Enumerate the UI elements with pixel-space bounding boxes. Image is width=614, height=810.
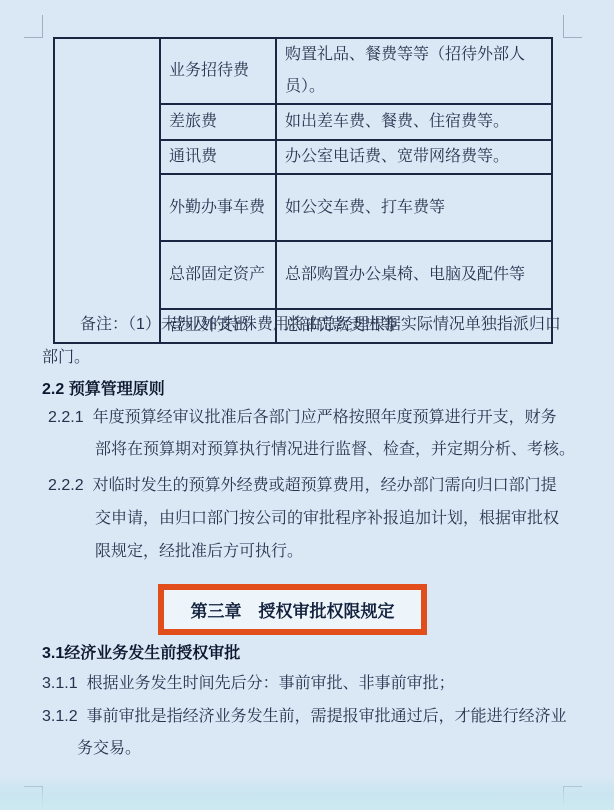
crop-mark-top-right-icon — [563, 15, 582, 38]
clause-text: 对临时发生的预算外经费或超预算费用，经办部门需向归口部门提 — [93, 476, 557, 496]
expense-category-cell: 通讯费 — [160, 140, 276, 174]
expense-category-cell: 差旅费 — [160, 104, 276, 140]
crop-mark-top-left-icon — [24, 15, 43, 38]
document-page: 业务招待费 购置礼品、餐费等等（招待外部人员）。 差旅费 如出差车费、餐费、住宿… — [0, 0, 614, 810]
expense-desc-cell: 如公交车费、打车费等 — [276, 174, 552, 241]
clause-number: 3.1.2 — [42, 707, 78, 727]
clause-3-1-1-line-1: 3.1.1 根据业务发生时间先后分：事前审批、非事前审批； — [42, 674, 455, 694]
clause-2-2-1-line-2: 部将在预算期对预算执行情况进行监督、检查，并定期分析、考核。 — [95, 440, 575, 460]
section-3-1-heading: 3.1经济业务发生前授权审批 — [42, 644, 240, 664]
crop-mark-bottom-right-icon — [563, 786, 582, 809]
chapter-heading-highlight-box: 第三章 授权审批权限规定 — [158, 584, 427, 635]
expense-desc-cell: 总部购置办公桌椅、电脑及配件等 — [276, 241, 552, 309]
clause-number: 3.1.1 — [42, 674, 78, 694]
page-bottom-edge — [0, 776, 614, 810]
expense-desc-cell: 办公室电话费、宽带网络费等。 — [276, 140, 552, 174]
expense-table: 业务招待费 购置礼品、餐费等等（招待外部人员）。 差旅费 如出差车费、餐费、住宿… — [53, 37, 553, 344]
clause-2-2-2-line-3: 限规定，经批准后方可执行。 — [95, 542, 303, 562]
table-row: 业务招待费 购置礼品、餐费等等（招待外部人员）。 — [54, 38, 552, 104]
expense-category-cell: 总部固定资产 — [160, 241, 276, 309]
clause-text: 根据业务发生时间先后分：事前审批、非事前审批； — [87, 674, 455, 694]
clause-2-2-1-line-1: 2.2.1 年度预算经审议批准后各部门应严格按照年度预算进行开支，财务 — [48, 408, 557, 428]
clause-2-2-2-line-1: 2.2.2 对临时发生的预算外经费或超预算费用，经办部门需向归口部门提 — [48, 476, 557, 496]
section-2-2-heading: 2.2 预算管理原则 — [42, 380, 165, 400]
clause-text: 年度预算经审议批准后各部门应严格按照年度预算进行开支，财务 — [93, 408, 557, 428]
merged-empty-cell — [54, 38, 160, 343]
note-line-2: 部门。 — [42, 348, 90, 368]
clause-number: 2.2.1 — [48, 408, 84, 428]
crop-mark-bottom-left-icon — [24, 786, 43, 809]
expense-category-cell: 业务招待费 — [160, 38, 276, 104]
clause-3-1-2-line-2: 务交易。 — [77, 739, 141, 759]
chapter-3-title: 第三章 授权审批权限规定 — [191, 597, 395, 622]
note-line-1: 备注：（1）未涉及的特殊费用将由总经理根据实际情况单独指派归口 — [80, 315, 561, 335]
clause-number: 2.2.2 — [48, 476, 84, 496]
clause-text: 事前审批是指经济业务发生前，需提报审批通过后，才能进行经济业 — [87, 707, 567, 727]
expense-category-cell: 外勤办事车费 — [160, 174, 276, 241]
expense-desc-cell: 如出差车费、餐费、住宿费等。 — [276, 104, 552, 140]
clause-3-1-2-line-1: 3.1.2 事前审批是指经济业务发生前，需提报审批通过后，才能进行经济业 — [42, 707, 567, 727]
expense-desc-cell: 购置礼品、餐费等等（招待外部人员）。 — [276, 38, 552, 104]
clause-2-2-2-line-2: 交申请，由归口部门按公司的审批程序补报追加计划，根据审批权 — [95, 509, 559, 529]
